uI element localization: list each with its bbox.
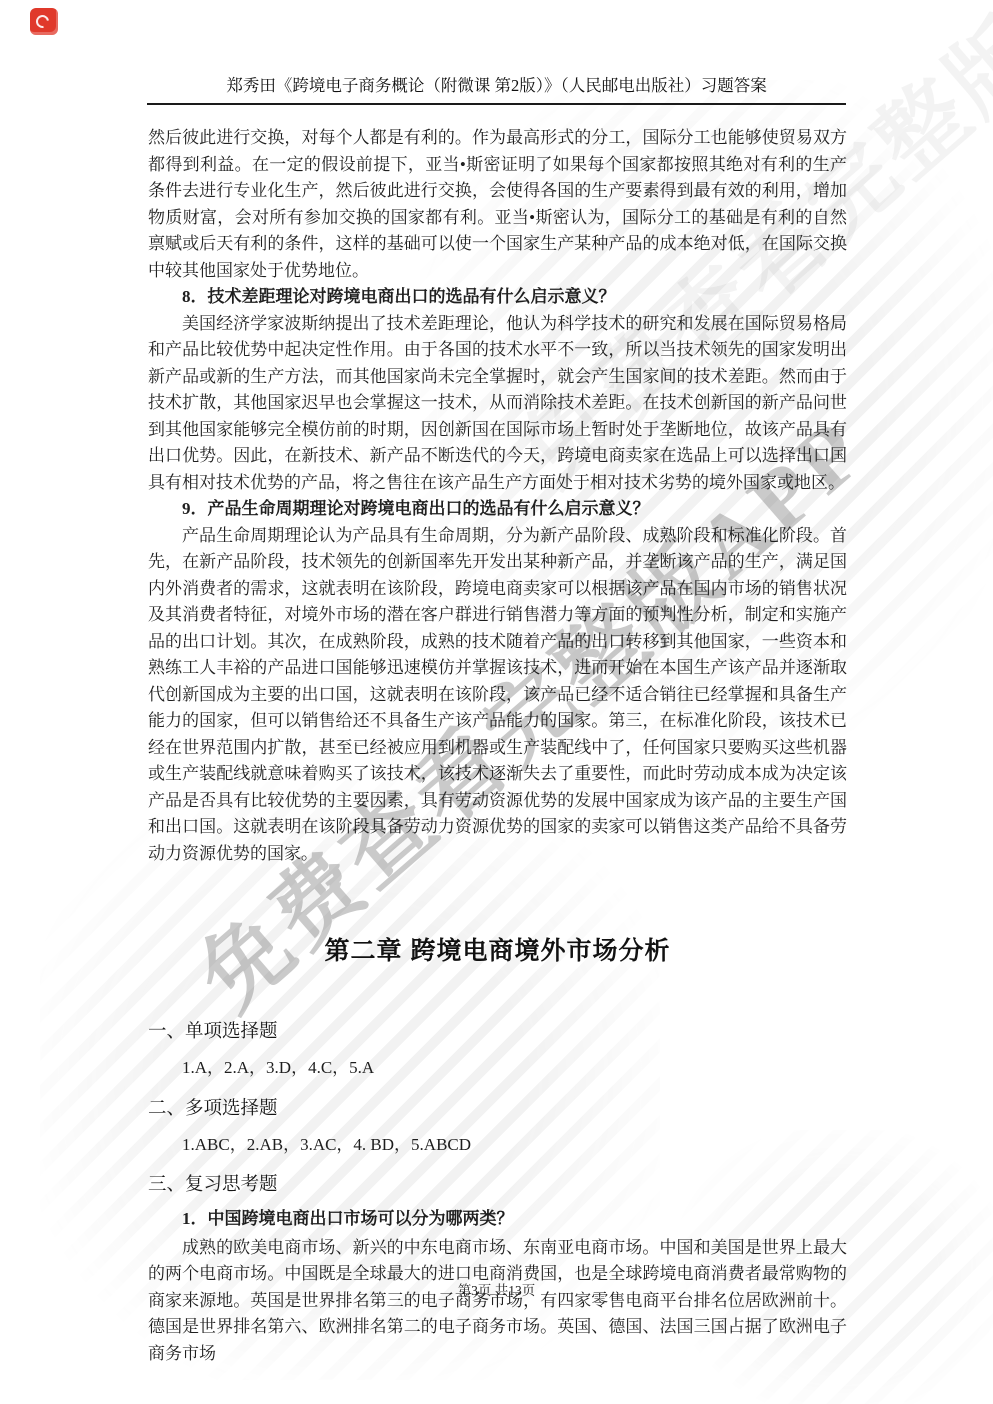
question-9-heading: 9．产品生命周期理论对跨境电商出口的选品有什么启示意义？ <box>148 496 847 523</box>
section-heading-multi-choice: 二、多项选择题 <box>148 1094 847 1122</box>
single-choice-answers: 1.A，2.A，3.D，4.C，5.A <box>148 1055 847 1082</box>
page-header-area: 郑秀田《跨境电子商务概论（附微课 第2版）》（人民邮电出版社）习题答案 <box>0 0 993 105</box>
header-rule <box>147 103 846 105</box>
review-question-1-heading: 1．中国跨境电商出口市场可以分为哪两类？ <box>148 1206 847 1233</box>
document-body: 然后彼此进行交换，对每个人都是有利的。作为最高形式的分工，国际分工也能够使贸易双… <box>148 125 847 1367</box>
page-number: 第3页 共13页 <box>0 1279 993 1299</box>
section-heading-review-questions: 三、复习思考题 <box>148 1170 847 1198</box>
red-app-badge-icon <box>30 8 58 35</box>
document-page: 免费查看完整版APP 免费查看完整版APP 郑秀田《跨境电子商务概论（附微课 第… <box>0 0 993 1404</box>
running-header-title: 郑秀田《跨境电子商务概论（附微课 第2版）》（人民邮电出版社）习题答案 <box>0 0 993 98</box>
section-heading-single-choice: 一、单项选择题 <box>148 1017 847 1045</box>
multi-choice-answers: 1.ABC，2.AB，3.AC，4. BD，5.ABCD <box>148 1132 847 1159</box>
question-8-heading: 8．技术差距理论对跨境电商出口的选品有什么启示意义？ <box>148 284 847 311</box>
chapter-title: 第二章 跨境电商境外市场分析 <box>148 931 847 971</box>
review-question-1-answer: 成熟的欧美电商市场、新兴的中东电商市场、东南亚电商市场。中国和美国是世界上最大的… <box>148 1235 847 1368</box>
question-9-answer: 产品生命周期理论认为产品具有生命周期，分为新产品阶段、成熟阶段和标准化阶段。首先… <box>148 523 847 868</box>
question-8-answer: 美国经济学家波斯纳提出了技术差距理论，他认为科学技术的研究和发展在国际贸易格局和… <box>148 311 847 497</box>
continuation-paragraph: 然后彼此进行交换，对每个人都是有利的。作为最高形式的分工，国际分工也能够使贸易双… <box>148 125 847 284</box>
